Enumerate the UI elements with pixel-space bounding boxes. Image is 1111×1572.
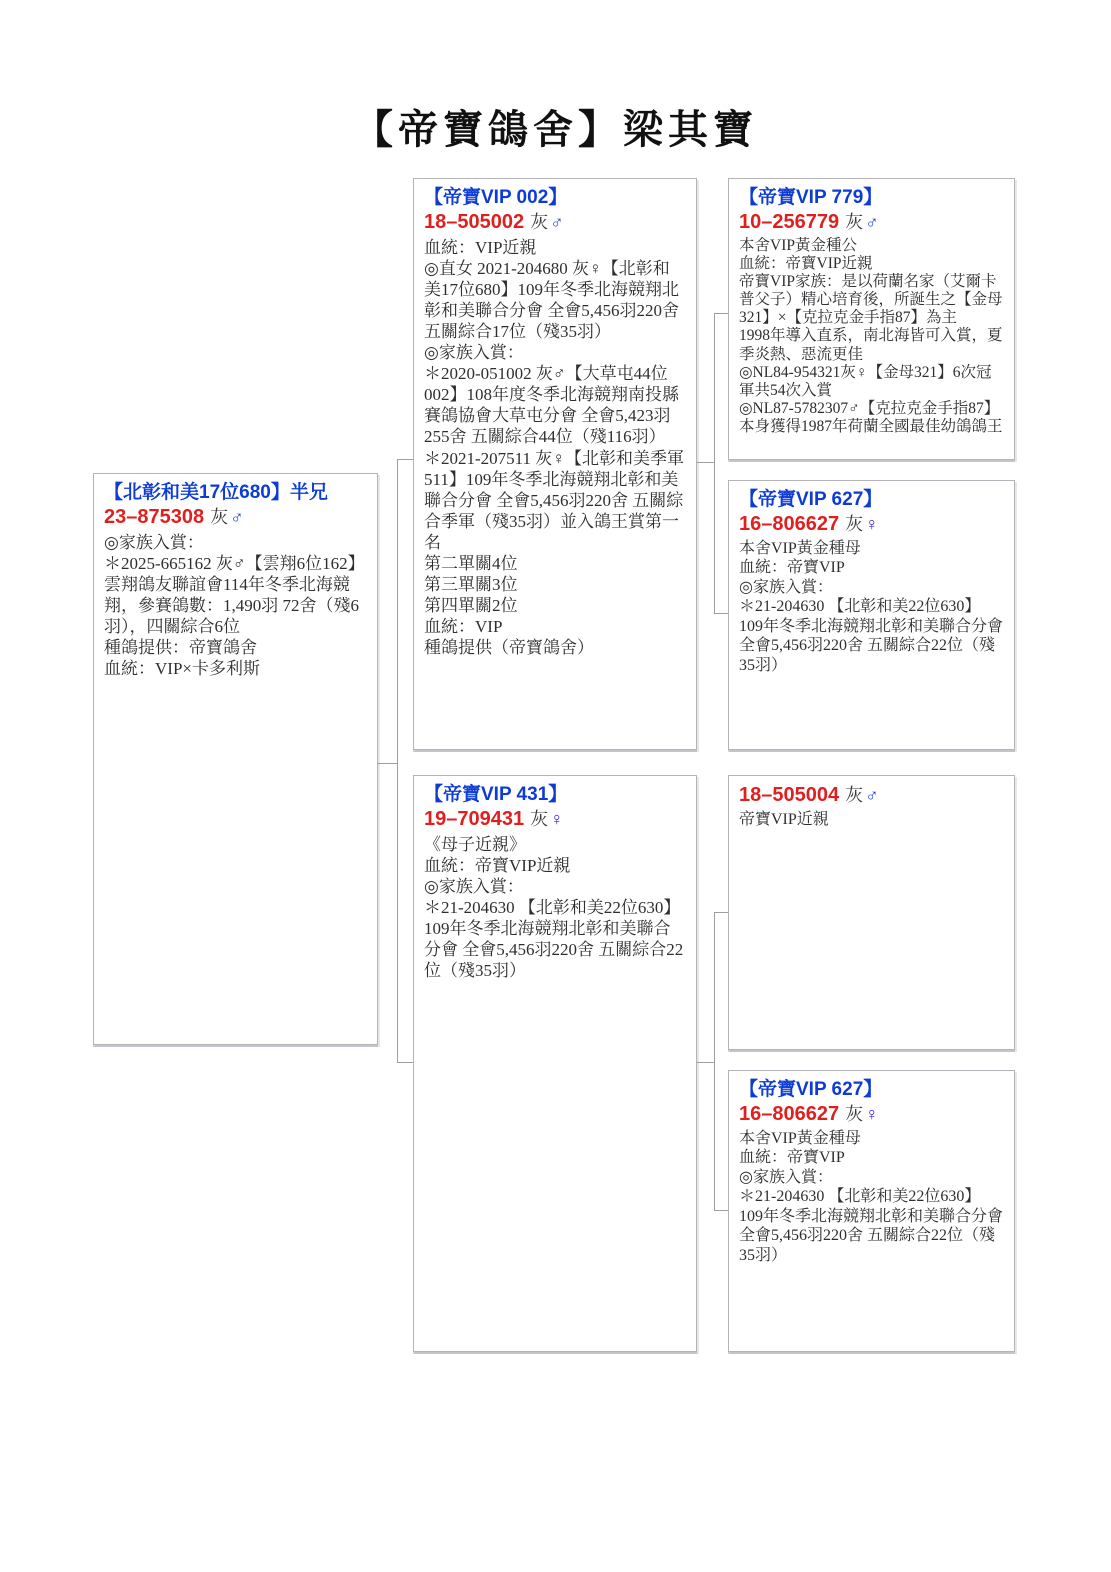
pedigree-details: 《母子近親》 血統：帝寶VIP近親 ◎家族入賞： ＊21-204630 【北彰和… <box>424 834 686 982</box>
pigeon-name: 【帝寶VIP 627】 <box>739 1078 1004 1102</box>
ring-number: 16–806627 <box>739 1103 839 1125</box>
feather-color: 灰 <box>845 212 863 232</box>
ring-line: 18–505004灰♂ <box>739 783 1004 807</box>
female-icon: ♀ <box>550 809 564 829</box>
pedigree-box-sire: 【帝寶VIP 002】 18–505002灰♂ 血統：VIP近親 ◎直女 202… <box>413 178 697 750</box>
connector-line <box>714 1210 728 1211</box>
male-icon: ♂ <box>550 212 564 232</box>
connector-line <box>378 763 398 764</box>
pigeon-name: 【帝寶VIP 627】 <box>739 488 1004 512</box>
ring-number: 19–709431 <box>424 808 524 830</box>
feather-color: 灰 <box>530 809 548 829</box>
pedigree-box-half-brother: 【北彰和美17位680】半兄 23–875308灰♂ ◎家族入賞： ＊2025-… <box>93 473 378 1045</box>
female-icon: ♀ <box>865 514 879 534</box>
connector-line <box>397 1062 413 1063</box>
ring-number: 16–806627 <box>739 513 839 535</box>
connector-line <box>697 462 715 463</box>
connector-line <box>397 459 413 460</box>
ring-line: 19–709431灰♀ <box>424 807 686 831</box>
pedigree-box-dam-of-sire: 【帝寶VIP 627】 16–806627灰♀ 本舍VIP黃金種母 血統：帝寶V… <box>728 480 1015 750</box>
pigeon-name: 【帝寶VIP 002】 <box>424 186 686 210</box>
connector-line <box>714 313 728 314</box>
feather-color: 灰 <box>210 507 228 527</box>
pedigree-details: 血統：VIP近親 ◎直女 2021-204680 灰♀【北彰和美17位680】1… <box>424 237 686 659</box>
feather-color: 灰 <box>845 785 863 805</box>
pedigree-details: 本舍VIP黃金種母 血統：帝寶VIP ◎家族入賞： ＊21-204630 【北彰… <box>739 1129 1004 1266</box>
pigeon-name: 【帝寶VIP 779】 <box>739 186 1004 210</box>
ring-number: 23–875308 <box>104 506 204 528</box>
pigeon-name: 【北彰和美17位680】半兄 <box>104 481 367 505</box>
connector-line <box>714 912 728 913</box>
pedigree-details: ◎家族入賞： ＊2025-665162 灰♂【雲翔6位162】 雲翔鴿友聯誼會1… <box>104 532 367 680</box>
pedigree-details: 本舍VIP黃金種母 血統：帝寶VIP ◎家族入賞： ＊21-204630 【北彰… <box>739 539 1004 676</box>
page-title: 【帝寶鴿舍】梁其寶 <box>0 98 1111 155</box>
feather-color: 灰 <box>845 514 863 534</box>
ring-line: 18–505002灰♂ <box>424 210 686 234</box>
pedigree-box-sire-of-dam: 18–505004灰♂ 帝寶VIP近親 <box>728 775 1015 1050</box>
pedigree-box-sire-of-sire: 【帝寶VIP 779】 10–256779灰♂ 本舍VIP黃金種公 血統：帝寶V… <box>728 178 1015 460</box>
feather-color: 灰 <box>530 212 548 232</box>
pedigree-details: 帝寶VIP近親 <box>739 810 1004 830</box>
connector-line <box>714 912 715 1211</box>
pedigree-box-dam-of-dam: 【帝寶VIP 627】 16–806627灰♀ 本舍VIP黃金種母 血統：帝寶V… <box>728 1070 1015 1352</box>
male-icon: ♂ <box>230 507 244 527</box>
ring-line: 23–875308灰♂ <box>104 505 367 529</box>
pigeon-name: 【帝寶VIP 431】 <box>424 783 686 807</box>
female-icon: ♀ <box>865 1104 879 1124</box>
ring-line: 16–806627灰♀ <box>739 512 1004 536</box>
feather-color: 灰 <box>845 1104 863 1124</box>
ring-number: 10–256779 <box>739 211 839 233</box>
connector-line <box>397 459 398 1063</box>
pedigree-details: 本舍VIP黃金種公 血統：帝寶VIP近親 帝寶VIP家族：是以荷蘭名家（艾爾卡普… <box>739 237 1004 436</box>
connector-line <box>714 313 715 613</box>
connector-line <box>697 1062 715 1063</box>
ring-number: 18–505002 <box>424 211 524 233</box>
connector-line <box>714 613 728 614</box>
male-icon: ♂ <box>865 212 879 232</box>
ring-number: 18–505004 <box>739 784 839 806</box>
male-icon: ♂ <box>865 785 879 805</box>
ring-line: 10–256779灰♂ <box>739 210 1004 234</box>
ring-line: 16–806627灰♀ <box>739 1102 1004 1126</box>
pedigree-box-dam: 【帝寶VIP 431】 19–709431灰♀ 《母子近親》 血統：帝寶VIP近… <box>413 775 697 1352</box>
